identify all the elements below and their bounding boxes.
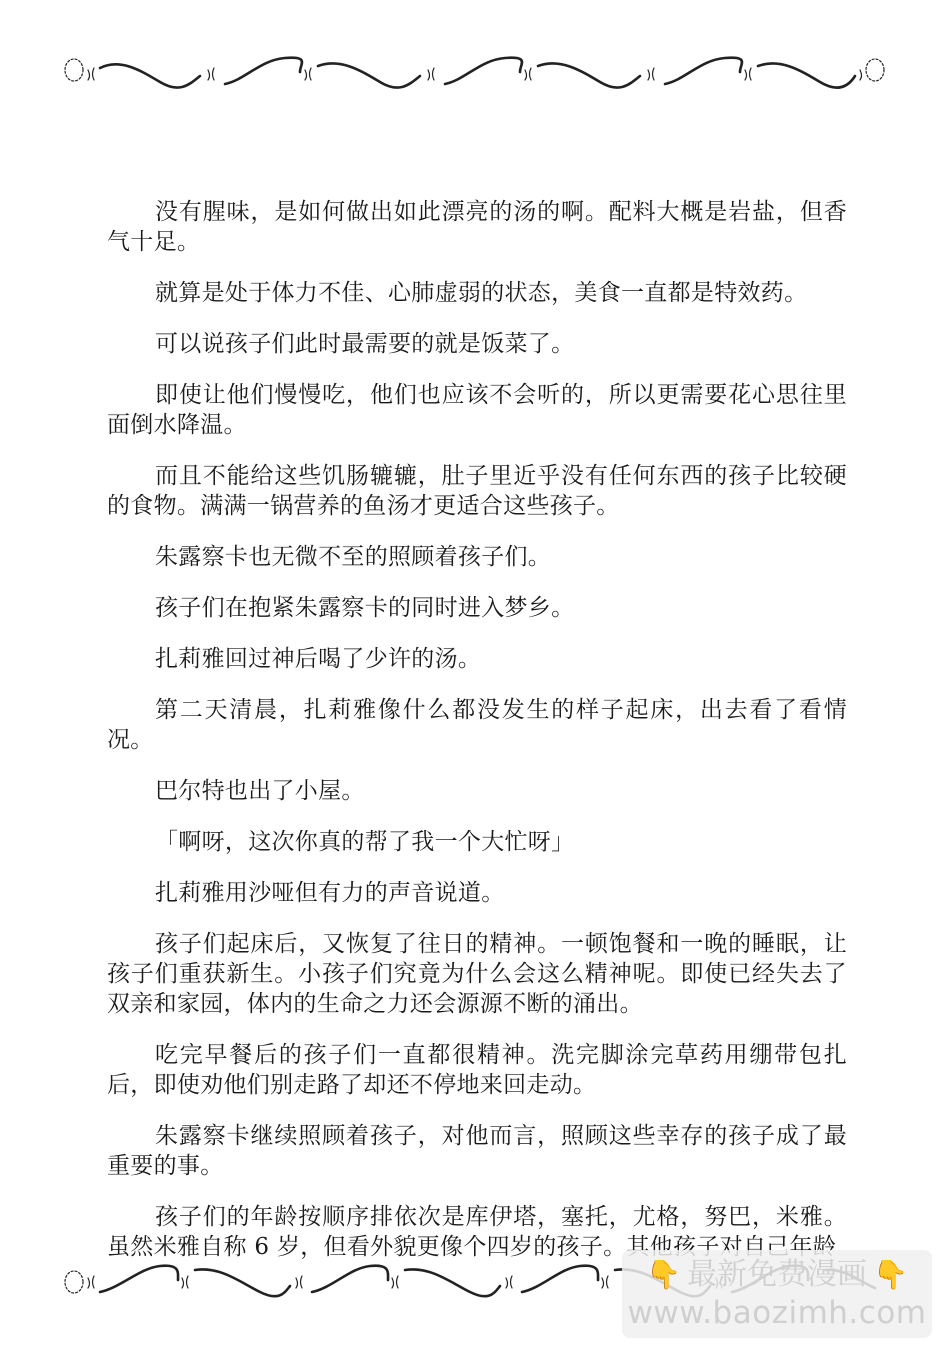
paragraph: 扎莉雅用沙哑但有力的声音说道。 (107, 878, 847, 908)
watermark-banner: 👇 最新免费漫画 👇 www.baozimh.com (622, 1250, 932, 1338)
paragraph: 朱露察卡继续照顾着孩子，对他而言，照顾这些幸存的孩子成了最重要的事。 (107, 1121, 847, 1181)
pointing-down-hand-icon: 👇 (646, 1261, 681, 1289)
document-body: 没有腥味，是如何做出如此漂亮的汤的啊。配料大概是岩盐，但香气十足。 就算是处于体… (107, 197, 847, 1283)
paragraph: 没有腥味，是如何做出如此漂亮的汤的啊。配料大概是岩盐，但香气十足。 (107, 197, 847, 257)
paragraph: 第二天清晨，扎莉雅像什么都没发生的样子起床，出去看了看情况。 (107, 695, 847, 755)
paragraph: 就算是处于体力不佳、心肺虚弱的状态，美食一直都是特效药。 (107, 278, 847, 308)
scroll-ornament-icon (60, 50, 890, 96)
paragraph: 而且不能给这些饥肠辘辘，肚子里近乎没有任何东西的孩子比较硬的食物。满满一锅营养的… (107, 461, 847, 521)
watermark-title-row: 👇 最新免费漫画 👇 (622, 1256, 932, 1294)
paragraph: 孩子们起床后，又恢复了往日的精神。一顿饱餐和一晚的睡眠，让孩子们重获新生。小孩子… (107, 929, 847, 1019)
pointing-down-hand-icon: 👇 (873, 1261, 908, 1289)
paragraph: 巴尔特也出了小屋。 (107, 776, 847, 806)
watermark-url: www.baozimh.com (622, 1294, 932, 1332)
paragraph: 即使让他们慢慢吃，他们也应该不会听的，所以更需要花心思往里面倒水降温。 (107, 380, 847, 440)
dialogue-paragraph: 「啊呀，这次你真的帮了我一个大忙呀」 (107, 827, 847, 857)
paragraph: 扎莉雅回过神后喝了少许的汤。 (107, 644, 847, 674)
paragraph: 吃完早餐后的孩子们一直都很精神。洗完脚涂完草药用绷带包扎后，即使劝他们别走路了却… (107, 1040, 847, 1100)
top-ornament-border (60, 50, 890, 96)
paragraph: 孩子们在抱紧朱露察卡的同时进入梦乡。 (107, 593, 847, 623)
watermark-title: 最新免费漫画 (687, 1256, 867, 1294)
paragraph: 朱露察卡也无微不至的照顾着孩子们。 (107, 542, 847, 572)
paragraph: 可以说孩子们此时最需要的就是饭菜了。 (107, 329, 847, 359)
